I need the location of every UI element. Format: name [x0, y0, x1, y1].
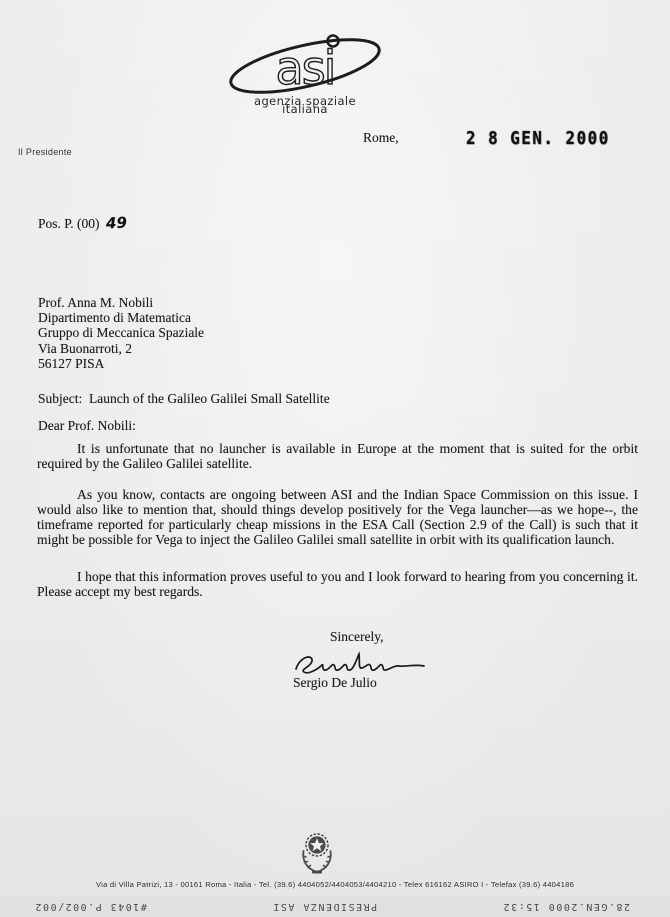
italian-republic-emblem-icon — [297, 831, 337, 875]
fax-timestamp: 28.GEN.2000 15:32 — [502, 901, 630, 912]
asi-logo-text: asi — [276, 41, 335, 94]
scanned-letter-page: asi agenzia spaziale italiana Il Preside… — [0, 0, 670, 917]
paragraph-3: I hope that this information proves usef… — [37, 570, 638, 600]
signature-name: Sergio De Julio — [293, 675, 377, 691]
closing: Sincerely, — [330, 629, 383, 645]
city-label: Rome, — [363, 130, 399, 146]
recipient-line: Dipartimento di Matematica — [38, 310, 204, 325]
recipient-line: Gruppo di Meccanica Spaziale — [38, 325, 204, 340]
logo-subtitle-line2: italiana — [224, 103, 386, 115]
subject-label: Subject: — [38, 391, 82, 406]
fax-page-counter: #1043 P.002/002 — [34, 901, 147, 912]
paragraph-2: As you know, contacts are ongoing betwee… — [37, 488, 638, 548]
reference-handwritten-number: 49 — [105, 213, 127, 232]
asi-logo: asi agenzia spaziale italiana — [224, 32, 386, 115]
sender-title: Il Presidente — [18, 147, 72, 157]
reference-line: Pos. P. (00)49 — [38, 214, 126, 232]
subject-text: Launch of the Galileo Galilei Small Sate… — [89, 391, 330, 406]
reference-label: Pos. P. (00) — [38, 216, 100, 231]
date-stamp: 2 8 GEN. 2000 — [466, 127, 610, 149]
recipient-line: Prof. Anna M. Nobili — [38, 295, 204, 310]
subject-line: Subject: Launch of the Galileo Galilei S… — [38, 391, 330, 407]
letterhead-footer-address: Via di Villa Patrizi, 13 - 00161 Roma - … — [0, 880, 670, 889]
letter-body: It is unfortunate that no launcher is av… — [37, 442, 638, 616]
recipient-line: 56127 PISA — [38, 356, 204, 371]
paragraph-1: It is unfortunate that no launcher is av… — [37, 442, 638, 472]
fax-transmission-strip: 28.GEN.2000 15:32 PRESIDENZA ASI #1043 P… — [0, 896, 670, 917]
recipient-line: Via Buonarroti, 2 — [38, 341, 204, 356]
asi-orbit-logo-graphic: asi — [224, 32, 386, 94]
fax-sender: PRESIDENZA ASI — [272, 901, 377, 912]
salutation: Dear Prof. Nobili: — [38, 418, 136, 434]
recipient-address-block: Prof. Anna M. Nobili Dipartimento di Mat… — [38, 295, 204, 371]
